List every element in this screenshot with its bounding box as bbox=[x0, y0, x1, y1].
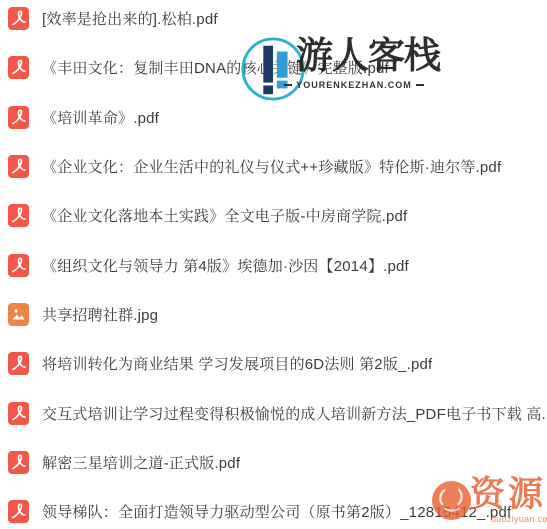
file-name-label: 交互式培训让学习过程变得积极愉悦的成人培训新方法_PDF电子书下载 高... bbox=[42, 403, 547, 424]
file-row[interactable]: 《企业文化落地本土实践》全文电子版-中房商学院.pdf bbox=[0, 191, 547, 240]
image-file-icon bbox=[8, 303, 29, 326]
file-type-icon bbox=[8, 303, 29, 326]
file-name-label: 《组织文化与领导力 第4版》埃德加·沙因【2014】.pdf bbox=[42, 255, 409, 276]
file-name-label: 共享招聘社群.jpg bbox=[42, 304, 158, 325]
pdf-file-icon bbox=[8, 451, 29, 474]
pdf-file-icon bbox=[8, 352, 29, 375]
file-type-icon bbox=[8, 155, 29, 178]
file-row[interactable]: 将培训转化为商业结果 学习发展项目的6D法则 第2版_.pdf bbox=[0, 339, 547, 388]
file-row[interactable]: 解密三星培训之道-正式版.pdf bbox=[0, 438, 547, 487]
file-type-icon bbox=[8, 7, 29, 30]
file-row[interactable]: 《企业文化：企业生活中的礼仪与仪式++珍藏版》特伦斯·迪尔等.pdf bbox=[0, 142, 547, 191]
pdf-file-icon bbox=[8, 204, 29, 227]
pdf-file-icon bbox=[8, 7, 29, 30]
file-type-icon bbox=[8, 402, 29, 425]
file-name-label: 领导梯队：全面打造领导力驱动型公司（原书第2版）_12815412_.pdf bbox=[42, 501, 511, 522]
file-name-label: 《企业文化：企业生活中的礼仪与仪式++珍藏版》特伦斯·迪尔等.pdf bbox=[42, 156, 501, 177]
file-row[interactable]: 领导梯队：全面打造领导力驱动型公司（原书第2版）_12815412_.pdf bbox=[0, 487, 547, 529]
file-type-icon bbox=[8, 56, 29, 79]
file-type-icon bbox=[8, 500, 29, 523]
file-type-icon bbox=[8, 254, 29, 277]
file-row[interactable]: [效率是抢出来的].松柏.pdf bbox=[0, 0, 547, 43]
file-row[interactable]: 《丰田文化：复制丰田DNA的核心关键》完整版.pdf bbox=[0, 43, 547, 92]
pdf-file-icon bbox=[8, 56, 29, 79]
file-type-icon bbox=[8, 106, 29, 129]
file-name-label: 《企业文化落地本土实践》全文电子版-中房商学院.pdf bbox=[42, 205, 407, 226]
pdf-file-icon bbox=[8, 254, 29, 277]
file-row[interactable]: 共享招聘社群.jpg bbox=[0, 290, 547, 339]
file-row[interactable]: 《组织文化与领导力 第4版》埃德加·沙因【2014】.pdf bbox=[0, 240, 547, 289]
file-manager-screen: [效率是抢出来的].松柏.pdf 《丰田文化：复制丰田DNA的核心关键》完整版.… bbox=[0, 0, 547, 529]
pdf-file-icon bbox=[8, 155, 29, 178]
file-name-label: 将培训转化为商业结果 学习发展项目的6D法则 第2版_.pdf bbox=[42, 353, 432, 374]
file-name-label: [效率是抢出来的].松柏.pdf bbox=[42, 8, 218, 29]
pdf-file-icon bbox=[8, 402, 29, 425]
file-type-icon bbox=[8, 204, 29, 227]
file-name-label: 《培训革命》.pdf bbox=[42, 107, 159, 128]
file-row[interactable]: 交互式培训让学习过程变得积极愉悦的成人培训新方法_PDF电子书下载 高... bbox=[0, 388, 547, 437]
file-name-label: 《丰田文化：复制丰田DNA的核心关键》完整版.pdf bbox=[42, 57, 389, 78]
file-row[interactable]: 《培训革命》.pdf bbox=[0, 93, 547, 142]
file-type-icon bbox=[8, 352, 29, 375]
pdf-file-icon bbox=[8, 500, 29, 523]
pdf-file-icon bbox=[8, 106, 29, 129]
file-name-label: 解密三星培训之道-正式版.pdf bbox=[42, 452, 240, 473]
file-type-icon bbox=[8, 451, 29, 474]
file-list: [效率是抢出来的].松柏.pdf 《丰田文化：复制丰田DNA的核心关键》完整版.… bbox=[0, 0, 547, 529]
